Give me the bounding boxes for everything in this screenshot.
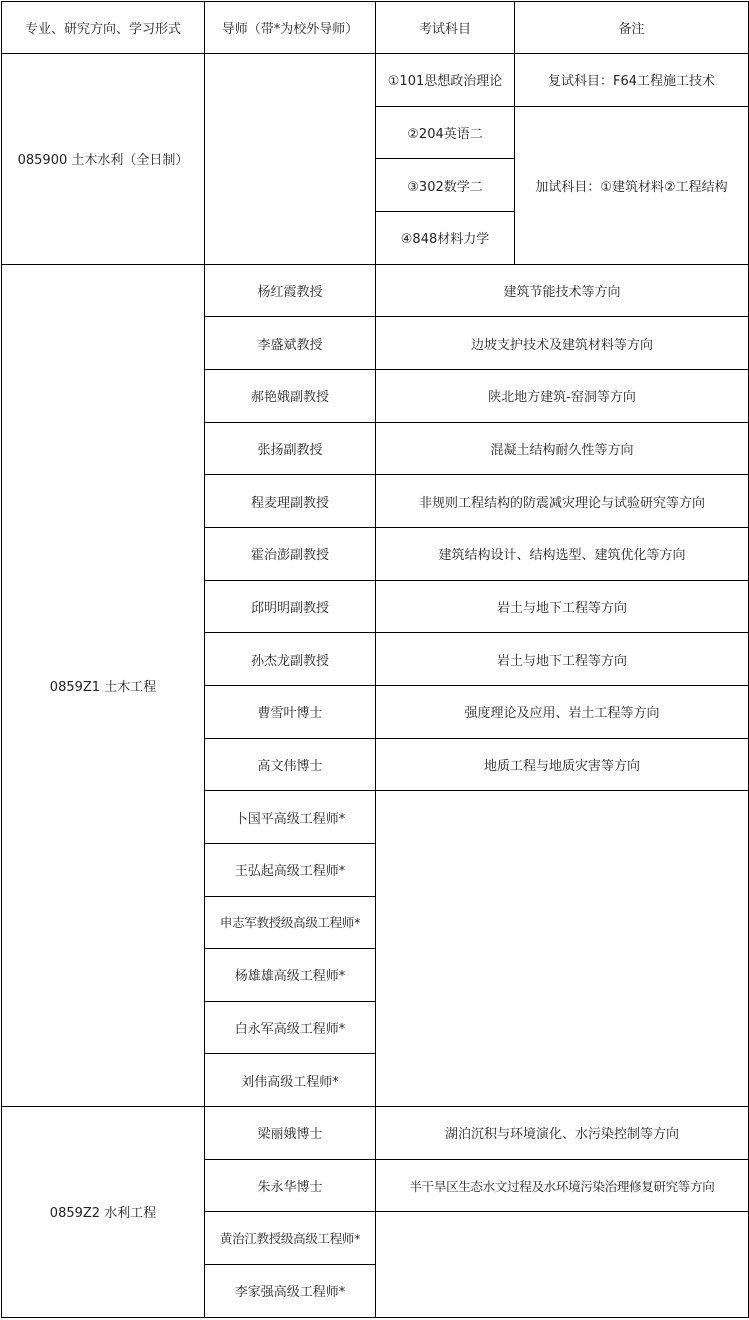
research-direction: 强度理论及应用、岩土工程等方向: [376, 685, 749, 738]
header-exam-subjects: 考试科目: [376, 2, 515, 54]
research-direction: 陕北地方建筑-窑洞等方向: [376, 369, 749, 422]
advisor-name: 邱明明副教授: [205, 580, 376, 633]
advisor-name: 郝艳娥副教授: [205, 369, 376, 422]
research-direction: 建筑结构设计、结构选型、建筑优化等方向: [376, 527, 749, 580]
advisor-name: 黄治江教授级高级工程师*: [205, 1212, 376, 1265]
exam-subject: ④848材料力学: [376, 211, 515, 264]
research-direction: 湖泊沉积与环境演化、水污染控制等方向: [376, 1107, 749, 1160]
research-direction: 岩土与地下工程等方向: [376, 633, 749, 686]
advisor-name: 梁丽娥博士: [205, 1107, 376, 1160]
table-row: 0859Z2 水利工程 梁丽娥博士 湖泊沉积与环境演化、水污染控制等方向: [2, 1107, 749, 1160]
table-row: 085900 土木水利（全日制） ①101思想政治理论 复试科目：F64工程施工…: [2, 54, 749, 107]
advisor-name: 程麦理副教授: [205, 475, 376, 528]
exam-subject: ①101思想政治理论: [376, 54, 515, 107]
research-direction: 边坡支护技术及建筑材料等方向: [376, 317, 749, 370]
program-name: 085900 土木水利（全日制）: [2, 54, 205, 265]
header-row: 专业、研究方向、学习形式 导师（带*为校外导师） 考试科目 备注: [2, 2, 749, 54]
advisor-name: 孙杰龙副教授: [205, 633, 376, 686]
advisor-name: 白永军高级工程师*: [205, 1001, 376, 1054]
program-name: 0859Z1 土木工程: [2, 264, 205, 1107]
research-direction-empty: [376, 791, 749, 1107]
header-notes: 备注: [515, 2, 749, 54]
advisor-name: 霍治澎副教授: [205, 527, 376, 580]
advisor-name: 朱永华博士: [205, 1159, 376, 1212]
research-direction: 地质工程与地质灾害等方向: [376, 738, 749, 791]
advisor-name: 卜国平高级工程师*: [205, 791, 376, 844]
advisor-name: 刘伟高级工程师*: [205, 1054, 376, 1107]
program-name: 0859Z2 水利工程: [2, 1107, 205, 1318]
research-direction-empty: [376, 1212, 749, 1317]
advisor-name: 高文伟博士: [205, 738, 376, 791]
research-direction: 半干旱区生态水文过程及水环境污染治理修复研究等方向: [376, 1159, 749, 1212]
advisor-name: 杨雄雄高级工程师*: [205, 949, 376, 1002]
advisor-name: 杨红霞教授: [205, 264, 376, 317]
research-direction: 岩土与地下工程等方向: [376, 580, 749, 633]
additional-note: 加试科目：①建筑材料②工程结构: [515, 106, 749, 264]
advisor-name: 王弘起高级工程师*: [205, 843, 376, 896]
advisor-cell-empty: [205, 54, 376, 265]
advisor-name: 李盛斌教授: [205, 317, 376, 370]
research-direction: 建筑节能技术等方向: [376, 264, 749, 317]
advisor-name: 曹雪叶博士: [205, 685, 376, 738]
header-advisor: 导师（带*为校外导师）: [205, 2, 376, 54]
header-program: 专业、研究方向、学习形式: [2, 2, 205, 54]
retest-note: 复试科目：F64工程施工技术: [515, 54, 749, 107]
exam-subject: ②204英语二: [376, 106, 515, 159]
advisor-name: 申志军教授级高级工程师*: [205, 896, 376, 949]
research-direction: 混凝土结构耐久性等方向: [376, 422, 749, 475]
admissions-table: 专业、研究方向、学习形式 导师（带*为校外导师） 考试科目 备注 085900 …: [1, 1, 749, 1318]
advisor-name: 张扬副教授: [205, 422, 376, 475]
advisor-name: 李家强高级工程师*: [205, 1265, 376, 1318]
exam-subject: ③302数学二: [376, 159, 515, 212]
research-direction: 非规则工程结构的防震减灾理论与试验研究等方向: [376, 475, 749, 528]
table-row: 0859Z1 土木工程 杨红霞教授 建筑节能技术等方向: [2, 264, 749, 317]
